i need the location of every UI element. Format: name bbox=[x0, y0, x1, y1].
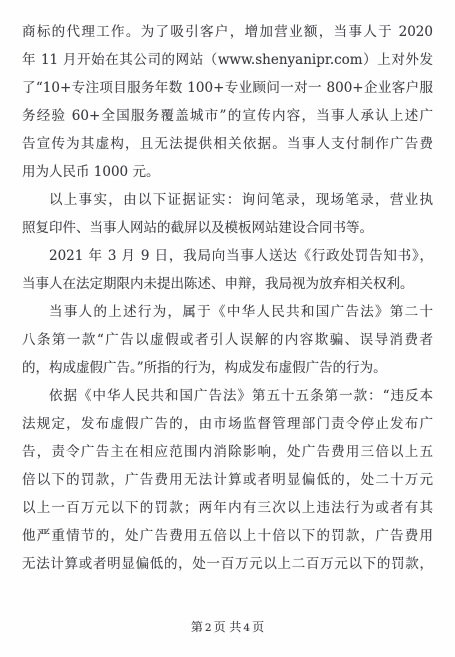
text-line: 以上一百万元以下的罚款；两年内有三次以上违法行为或者有其 bbox=[22, 494, 433, 522]
footer-current-page: 2 bbox=[204, 622, 213, 634]
footer-middle: 页 共 bbox=[213, 620, 243, 634]
text-line: 用为人民币 1000 元。 bbox=[22, 158, 433, 186]
text-line: 以上事实，由以下证据证实：询问笔录，现场笔录，营业执 bbox=[22, 186, 433, 214]
text-line: 当事人的上述行为，属于《中华人民共和国广告法》第二十 bbox=[22, 298, 433, 326]
page-footer: 第2页 共4页 bbox=[0, 618, 455, 635]
text-line: 依据《中华人民共和国广告法》第五十五条第一款：“违反本 bbox=[22, 382, 433, 410]
text-line: 法规定，发布虚假广告的，由市场监督管理部门责令停止发布广 bbox=[22, 410, 433, 438]
text-line: 年 11 月开始在其公司的网站（www.shenyanipr.com）上对外发布 bbox=[22, 46, 433, 74]
text-line: 商标的代理工作。为了吸引客户，增加营业额，当事人于 2020 bbox=[22, 18, 433, 46]
document-body: 商标的代理工作。为了吸引客户，增加营业额，当事人于 2020年 11 月开始在其… bbox=[22, 18, 433, 578]
text-line: 当事人在法定期限内未提出陈述、申辩，我局视为放弃相关权利。 bbox=[22, 270, 433, 298]
footer-prefix: 第 bbox=[190, 620, 204, 634]
text-line: 他严重情节的，处广告费用五倍以上十倍以下的罚款，广告费用 bbox=[22, 522, 433, 550]
footer-total-pages: 4 bbox=[242, 622, 251, 634]
text-line: 倍以下的罚款，广告费用无法计算或者明显偏低的，处二十万元 bbox=[22, 466, 433, 494]
text-line: 告宣传为其虚构，且无法提供相关依据。当事人支付制作广告费 bbox=[22, 130, 433, 158]
text-line: 务经验 60+全国服务覆盖城市”的宣传内容，当事人承认上述广 bbox=[22, 102, 433, 130]
text-line: 告，责令广告主在相应范围内消除影响，处广告费用三倍以上五 bbox=[22, 438, 433, 466]
text-line: 照复印件、当事人网站的截屏以及模板网站建设合同书等。 bbox=[22, 214, 433, 242]
document-page: 商标的代理工作。为了吸引客户，增加营业额，当事人于 2020年 11 月开始在其… bbox=[0, 0, 455, 657]
text-line: 无法计算或者明显偏低的，处一百万元以上二百万元以下的罚款， bbox=[22, 550, 433, 578]
text-line: 八条第一款“广告以虚假或者引人误解的内容欺骗、误导消费者 bbox=[22, 326, 433, 354]
text-line: 的，构成虚假广告。”所指的行为，构成发布虚假广告的行为。 bbox=[22, 354, 433, 382]
text-line: 2021 年 3 月 9 日，我局向当事人送达《行政处罚告知书》， bbox=[22, 242, 433, 270]
text-line: 了“10+专注项目服务年数 100+专业顾问一对一 800+企业客户服 bbox=[22, 74, 433, 102]
footer-suffix: 页 bbox=[251, 620, 265, 634]
